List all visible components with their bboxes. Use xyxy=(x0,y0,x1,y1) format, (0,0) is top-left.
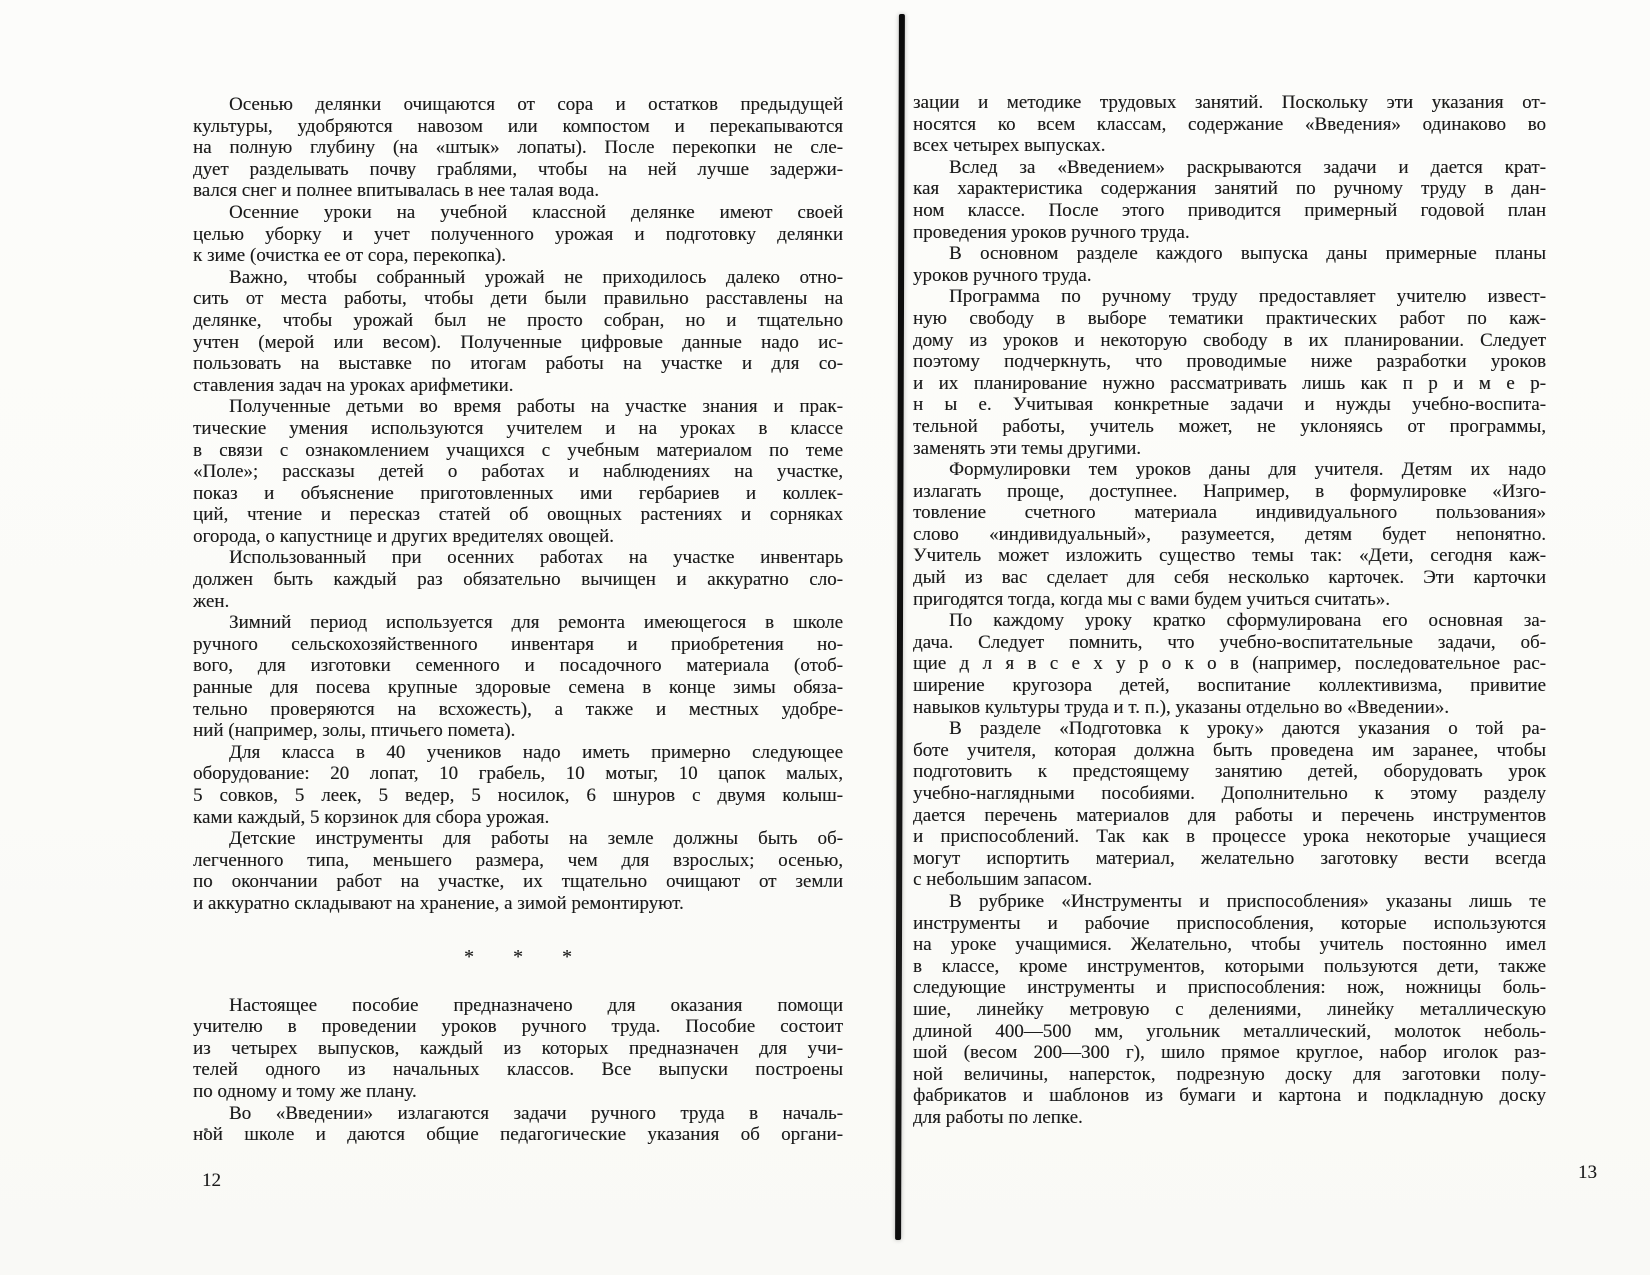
paragraph: По каждому уроку кратко сформулирована е… xyxy=(913,610,1546,718)
text-line: В разделе «Подготовка к уроку» даются ук… xyxy=(913,718,1546,740)
text-line: тельно проверяются на всхожесть), а такж… xyxy=(193,699,843,721)
text-line: длиной 400—500 мм, угольник металлически… xyxy=(913,1021,1546,1043)
text-line: шой (весом 200—300 г), шило прямое кругл… xyxy=(913,1042,1546,1064)
text-line: Во «Введении» излагаются задачи ручного … xyxy=(193,1103,843,1125)
text-line: ранные для посева крупные здоровые семен… xyxy=(193,677,843,699)
text-line: вого, для изготовки семенного и посадочн… xyxy=(193,655,843,677)
text-line: с небольшим запасом. xyxy=(913,869,1546,891)
text-line: товление счетного материала индивидуальн… xyxy=(913,502,1546,524)
text-line: Для класса в 40 учеников надо иметь прим… xyxy=(193,742,843,764)
paragraph: зации и методике трудовых занятий. Поско… xyxy=(913,92,1546,157)
paragraph: Зимний период используется для ремонта и… xyxy=(193,612,843,742)
text-line: дача. Следует помнить, что учебно-воспит… xyxy=(913,632,1546,654)
paragraph: В основном разделе каждого выпуска даны … xyxy=(913,243,1546,286)
text-line: Использованный при осенних работах на уч… xyxy=(193,547,843,569)
paragraph: В разделе «Подготовка к уроку» даются ук… xyxy=(913,718,1546,891)
text-line: в классе, кроме инструментов, которыми п… xyxy=(913,956,1546,978)
text-line: пользовать на выставке по итогам работы … xyxy=(193,353,843,375)
right-page-text-column: зации и методике трудовых занятий. Поско… xyxy=(913,92,1546,1129)
left-page: Осенью делянки очищаются от сора и остат… xyxy=(193,94,843,1146)
text-line: проведения уроков ручного труда. xyxy=(913,222,1546,244)
text-line: Детские инструменты для работы на земле … xyxy=(193,828,843,850)
paragraph: Полученные детьми во время работы на уча… xyxy=(193,396,843,547)
text-line: уроков ручного труда. xyxy=(913,265,1546,287)
paragraph: Важно, чтобы собранный урожай не приходи… xyxy=(193,267,843,397)
text-line: ставления задач на уроках арифметики. xyxy=(193,375,843,397)
text-line: ручного сельскохозяйственного инвентаря … xyxy=(193,634,843,656)
text-line: вался снег и полнее впитывалась в нее та… xyxy=(193,180,843,202)
text-line: учтен (мерой или весом). Полученные цифр… xyxy=(193,332,843,354)
paragraph: Вслед за «Введением» раскрываются задачи… xyxy=(913,157,1546,243)
text-line: Настоящее пособие предназначено для оказ… xyxy=(193,995,843,1017)
paragraph: Использованный при осенних работах на уч… xyxy=(193,547,843,612)
paragraph: В рубрике «Инструменты и приспособления»… xyxy=(913,891,1546,1129)
text-line: учебно-наглядными пособиями. Дополнитель… xyxy=(913,783,1546,805)
text-line: В основном разделе каждого выпуска даны … xyxy=(913,243,1546,265)
paragraph: Осенью делянки очищаются от сора и остат… xyxy=(193,94,843,202)
text-line: дается перечень материалов для работы и … xyxy=(913,805,1546,827)
text-line: сить от места работы, чтобы дети были пр… xyxy=(193,288,843,310)
text-line: должен быть каждый раз обязательно вычищ… xyxy=(193,569,843,591)
page-number-left: 12 xyxy=(202,1170,221,1192)
text-line: ную свободу в выборе тематики практическ… xyxy=(913,308,1546,330)
text-line: ной величины, наперсток, подрезную доску… xyxy=(913,1064,1546,1086)
paragraph: Формулировки тем уроков даны для учителя… xyxy=(913,459,1546,610)
text-line: боте учителя, которая должна быть провед… xyxy=(913,740,1546,762)
text-line: культуры, удобряются навозом или компост… xyxy=(193,116,843,138)
text-line: телей одного из начальных классов. Все в… xyxy=(193,1059,843,1081)
text-line: ций, чтение и пересказ статей об овощных… xyxy=(193,504,843,526)
text-line: ширение кругозора детей, воспитание колл… xyxy=(913,675,1546,697)
text-line: жен. xyxy=(193,591,843,613)
text-line: По каждому уроку кратко сформулирована е… xyxy=(913,610,1546,632)
text-line: в связи с ознакомлением учащихся с учебн… xyxy=(193,440,843,462)
text-line: Учитель может изложить существо темы так… xyxy=(913,545,1546,567)
text-line: подготовить к предстоящему занятию детей… xyxy=(913,761,1546,783)
right-page: зации и методике трудовых занятий. Поско… xyxy=(913,92,1546,1129)
text-line: для работы по лепке. xyxy=(913,1107,1546,1129)
text-line: инструменты и рабочие приспособления, ко… xyxy=(913,913,1546,935)
text-line: легченного типа, меньшего размера, чем д… xyxy=(193,850,843,872)
text-line: и их планирование нужно рассматривать ли… xyxy=(913,373,1546,395)
paragraph: Осенние уроки на учебной классной делянк… xyxy=(193,202,843,267)
text-line: «Поле»; рассказы детей о работах и наблю… xyxy=(193,461,843,483)
paragraph: Детские инструменты для работы на земле … xyxy=(193,828,843,914)
text-line: щие д л я в с е х у р о к о в (например,… xyxy=(913,653,1546,675)
print-speck xyxy=(204,1128,208,1131)
section-break-asterisks: * * * xyxy=(193,945,843,969)
text-line: н ы е. Учитывая конкретные задачи и нужд… xyxy=(913,394,1546,416)
text-line: 5 совков, 5 леек, 5 ведер, 5 носилок, 6 … xyxy=(193,785,843,807)
text-line: заменять эти темы другими. xyxy=(913,438,1546,460)
paragraph: Для класса в 40 учеников надо иметь прим… xyxy=(193,742,843,828)
text-line: на уроке учащимися. Желательно, чтобы уч… xyxy=(913,934,1546,956)
text-line: к зиме (очистка ее от сора, перекопка). xyxy=(193,245,843,267)
text-line: делянке, чтобы урожай был не просто собр… xyxy=(193,310,843,332)
book-gutter-line xyxy=(895,14,905,1240)
text-line: учителю в проведении уроков ручного труд… xyxy=(193,1016,843,1038)
text-line: Вслед за «Введением» раскрываются задачи… xyxy=(913,157,1546,179)
text-line: навыков культуры труда и т. п.), указаны… xyxy=(913,697,1546,719)
text-line: Программа по ручному труду предоставляет… xyxy=(913,286,1546,308)
text-line: тельной работы, учитель может, не уклоня… xyxy=(913,416,1546,438)
text-line: могут испортить материал, желательно заг… xyxy=(913,848,1546,870)
text-line: ний (например, золы, птичьего помета). xyxy=(193,720,843,742)
paragraph: Программа по ручному труду предоставляет… xyxy=(913,286,1546,459)
text-line: Полученные детьми во время работы на уча… xyxy=(193,396,843,418)
page-number-right: 13 xyxy=(1578,1162,1597,1184)
text-line: всех четырех выпусках. xyxy=(913,135,1546,157)
text-line: Формулировки тем уроков даны для учителя… xyxy=(913,459,1546,481)
text-line: слово «индивидуальный», разумеется, детя… xyxy=(913,524,1546,546)
text-line: следующие инструменты и приспособления: … xyxy=(913,977,1546,999)
text-line: В рубрике «Инструменты и приспособления»… xyxy=(913,891,1546,913)
text-line: показ и объяснение приготовленных ими ге… xyxy=(193,483,843,505)
text-line: по окончании работ на участке, их тщател… xyxy=(193,871,843,893)
text-line: излагать проще, доступнее. Например, в ф… xyxy=(913,481,1546,503)
left-page-text-column: Осенью делянки очищаются от сора и остат… xyxy=(193,94,843,1146)
text-line: Осенние уроки на учебной классной делянк… xyxy=(193,202,843,224)
paragraph: Во «Введении» излагаются задачи ручного … xyxy=(193,1103,843,1146)
text-line: и аккуратно складывают на хранение, а зи… xyxy=(193,893,843,915)
text-line: зации и методике трудовых занятий. Поско… xyxy=(913,92,1546,114)
text-line: шие, линейку метровую с делениями, линей… xyxy=(913,999,1546,1021)
text-line: поэтому подчеркнуть, что проводимые ниже… xyxy=(913,351,1546,373)
paragraph: Настоящее пособие предназначено для оказ… xyxy=(193,995,843,1103)
text-line: по одному и тому же плану. xyxy=(193,1081,843,1103)
text-line: пригодятся тогда, когда мы с вами будем … xyxy=(913,589,1546,611)
text-line: ной школе и даются общие педагогические … xyxy=(193,1124,843,1146)
text-line: из четырех выпусков, каждый из которых п… xyxy=(193,1038,843,1060)
text-line: ном классе. После этого приводится приме… xyxy=(913,200,1546,222)
text-line: на полную глубину (на «штык» лопаты). По… xyxy=(193,137,843,159)
text-line: Осенью делянки очищаются от сора и остат… xyxy=(193,94,843,116)
text-line: Важно, чтобы собранный урожай не приходи… xyxy=(193,267,843,289)
text-line: Зимний период используется для ремонта и… xyxy=(193,612,843,634)
text-line: кая характеристика содержания занятий по… xyxy=(913,178,1546,200)
text-line: тические умения используются учителем и … xyxy=(193,418,843,440)
text-line: фабрикатов и шаблонов из бумаги и картон… xyxy=(913,1085,1546,1107)
text-line: и приспособлений. Так как в процессе уро… xyxy=(913,826,1546,848)
text-line: огорода, о капустнице и других вредителя… xyxy=(193,526,843,548)
text-line: дому из уроков и некоторую свободу в их … xyxy=(913,330,1546,352)
text-line: дует разделывать почву граблями, чтобы н… xyxy=(193,159,843,181)
text-line: дый из вас сделает для себя несколько ка… xyxy=(913,567,1546,589)
text-line: ками каждый, 5 корзинок для сбора урожая… xyxy=(193,807,843,829)
text-line: целью уборку и учет полученного урожая и… xyxy=(193,224,843,246)
text-line: оборудование: 20 лопат, 10 грабель, 10 м… xyxy=(193,763,843,785)
text-line: носятся ко всем классам, содержание «Вве… xyxy=(913,114,1546,136)
